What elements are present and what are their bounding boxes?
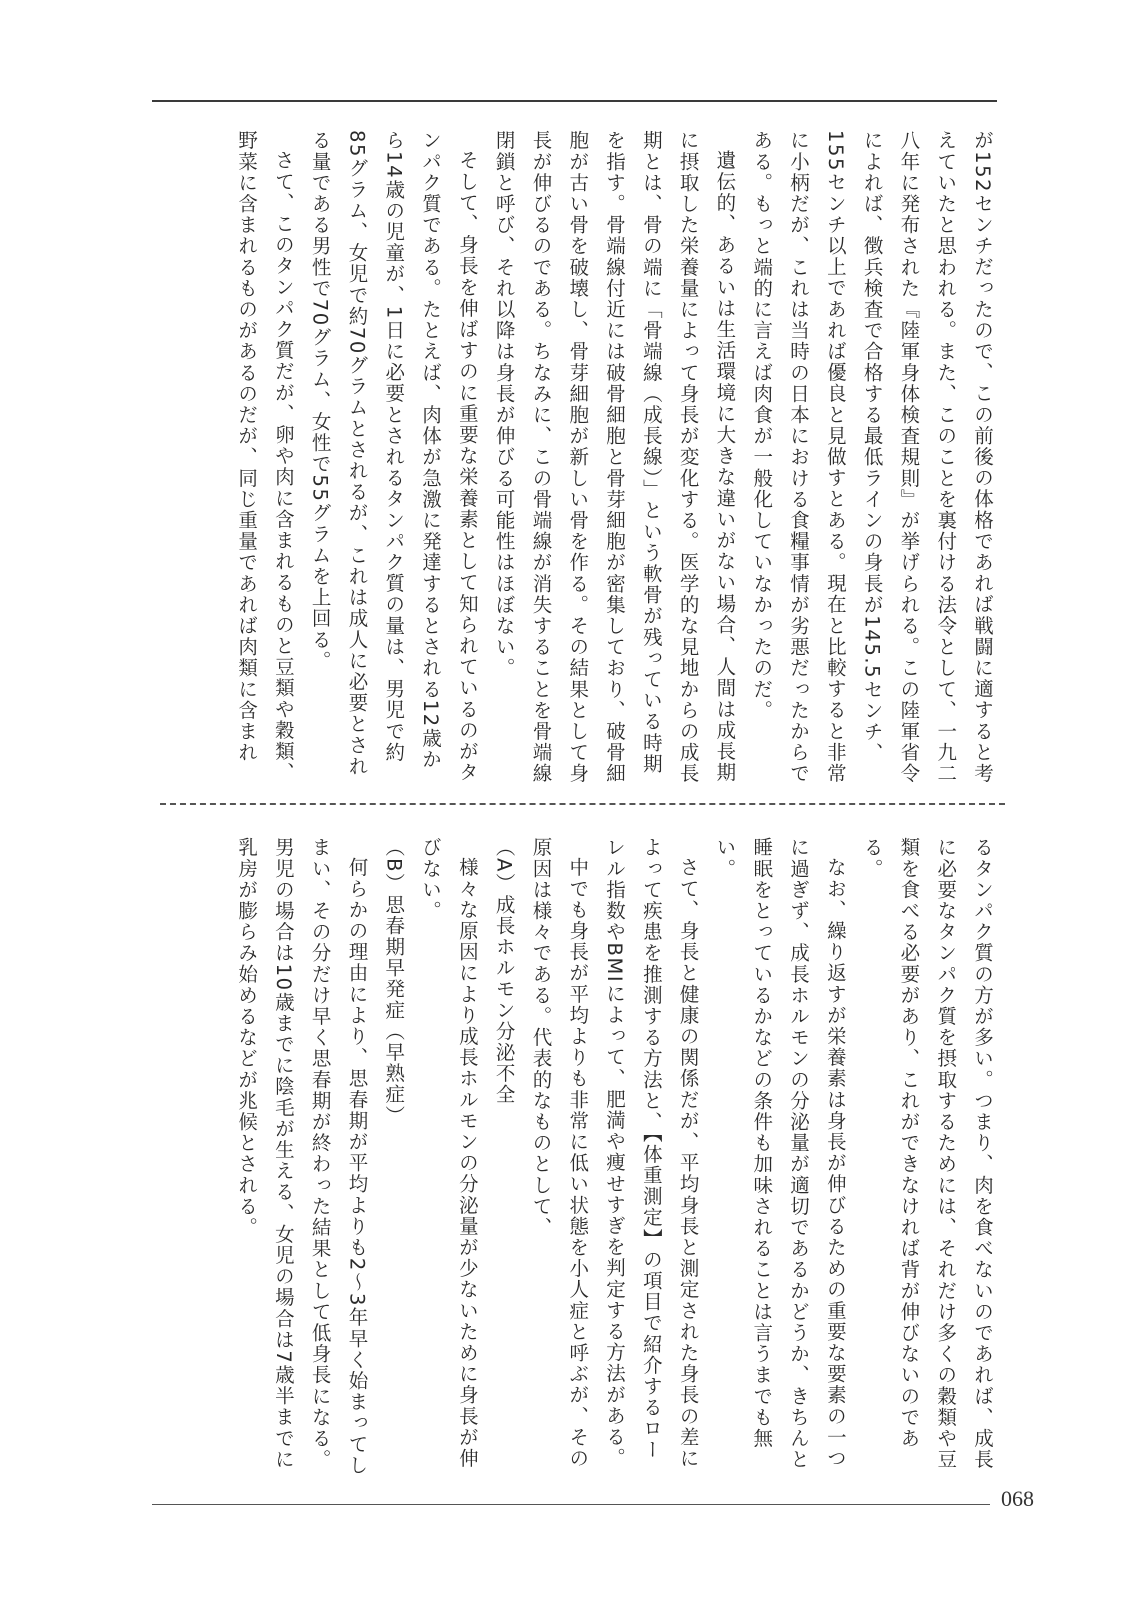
upper-text-section: が152センチだったので、この前後の体格であれば戦闘に適すると考えていたと思われ… [160, 130, 1000, 790]
paragraph: さて、このタンパク質だが、卵や肉に含まれるものと豆類や穀類、野菜に含まれるものが… [227, 130, 301, 790]
paragraph: が152センチだったので、この前後の体格であれば戦闘に適すると考えていたと思われ… [742, 130, 1000, 790]
paragraph: 中でも身長が平均よりも非常に低い状態を小人症と呼ぶが、その原因は様々である。代表… [522, 837, 596, 1477]
paragraph: なお、繰り返すが栄養素は身長が伸びるための重要な要素の一つに過ぎず、成長ホルモン… [706, 837, 853, 1477]
bottom-rule [152, 1504, 990, 1505]
subheading-precocious-puberty: （B）思春期早発症（早熟症） [374, 837, 411, 1477]
paragraph: そして、身長を伸ばすのに重要な栄養素として知られているのがタンパク質である。たと… [301, 130, 485, 790]
lower-text-section: るタンパク質の方が多い。つまり、肉を食べないのであれば、成長に必要なタンパク質を… [160, 837, 1000, 1477]
subheading-growth-hormone-deficiency: （A）成長ホルモン分泌不全 [485, 837, 522, 1477]
paragraph: 様々な原因により成長ホルモンの分泌量が少ないために身長が伸びない。 [411, 837, 485, 1477]
paragraph: さて、身長と健康の関係だが、平均身長と測定された身長の差によって疾患を推測する方… [595, 837, 705, 1477]
page-number: 068 [1001, 1486, 1034, 1512]
paragraph: るタンパク質の方が多い。つまり、肉を食べないのであれば、成長に必要なタンパク質を… [853, 837, 1000, 1477]
dashed-divider [160, 803, 1005, 805]
paragraph: 遺伝的、あるいは生活環境に大きな違いがない場合、人間は成長期に摂取した栄養量によ… [485, 130, 743, 790]
paragraph: 何らかの理由により、思春期が平均よりも2～3年早く始まってしまい、その分だけ早く… [227, 837, 374, 1477]
top-rule [152, 100, 997, 102]
